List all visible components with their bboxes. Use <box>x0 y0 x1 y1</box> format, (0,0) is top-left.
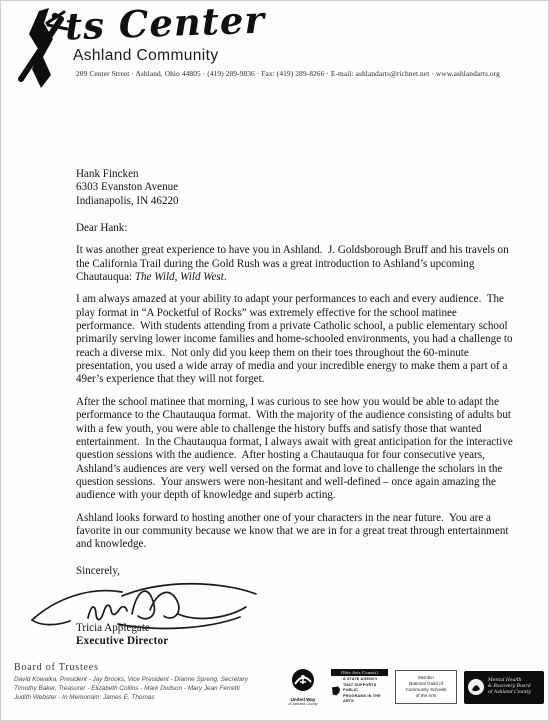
mental-health-board-icon <box>467 678 485 696</box>
sponsor-logos: United Way of Ashland County Ohio Arts C… <box>282 668 544 706</box>
trustees-line-3: Judith Webster - In Memoriam: James E. T… <box>14 693 248 702</box>
guild-member-label: Member <box>396 675 456 680</box>
board-of-trustees: Board of Trustees David Kowalka, Preside… <box>14 662 248 702</box>
recipient-street: 6303 Evanston Avenue <box>76 181 514 194</box>
letterhead: ts Center Ashland Community 209 Center S… <box>13 5 536 91</box>
mental-health-board-logo: Mental Health & Recovery Board of Ashlan… <box>464 671 544 704</box>
salutation: Dear Hank: <box>76 222 514 235</box>
ohio-arts-council-title: Ohio Arts Council <box>331 669 388 676</box>
united-way-logo: United Way of Ashland County <box>282 668 324 706</box>
ohio-arts-council-logo: Ohio Arts Council A STATE AGENCY THAT SU… <box>331 669 388 704</box>
united-way-icon <box>291 668 315 692</box>
ohio-state-shape-icon <box>331 685 341 697</box>
recipient-city: Indianapolis, IN 46220 <box>76 195 514 208</box>
paragraph-1-italic-title: The Wild, Wild West <box>135 271 224 283</box>
paragraph-4: Ashland looks forward to hosting another… <box>76 512 514 552</box>
national-guild-member-badge: Member National Guild of Community Schoo… <box>395 670 457 704</box>
org-address-line: 209 Center Street · Ashland, Ohio 44805 … <box>76 69 500 78</box>
handwritten-signature-icon <box>26 574 276 632</box>
paragraph-2: I am always amazed at your ability to ad… <box>76 293 514 386</box>
ohio-arts-line-2: THAT SUPPORTS PUBLIC <box>343 683 388 694</box>
signature-block <box>76 580 514 622</box>
paragraph-1-period: . <box>224 271 227 283</box>
trustees-line-1: David Kowalka, President - Jay Brooks, V… <box>14 675 248 684</box>
ohio-arts-line-3: PROGRAMS IN THE ARTS <box>343 694 388 705</box>
trustees-heading: Board of Trustees <box>14 662 248 673</box>
paragraph-1: It was another great experience to have … <box>76 244 514 284</box>
org-wordmark: ts Center <box>64 0 265 48</box>
scanned-letter-page: ts Center Ashland Community 209 Center S… <box>0 0 549 721</box>
letter-body: Hank Fincken 6303 Evanston Avenue Indian… <box>76 168 514 649</box>
trustees-line-2: Timothy Baker, Treasurer - Elizabeth Col… <box>14 684 248 693</box>
recipient-name: Hank Fincken <box>76 168 514 181</box>
mental-health-line-3: of Ashland County <box>488 690 531 696</box>
guild-line-3: of the Arts <box>396 693 456 699</box>
org-subtitle: Ashland Community <box>73 47 219 65</box>
paragraph-3: After the school matinee that morning, I… <box>76 396 514 503</box>
signer-title: Executive Director <box>76 635 514 648</box>
recipient-block: Hank Fincken 6303 Evanston Avenue Indian… <box>76 168 514 208</box>
united-way-region: of Ashland County <box>282 702 324 706</box>
